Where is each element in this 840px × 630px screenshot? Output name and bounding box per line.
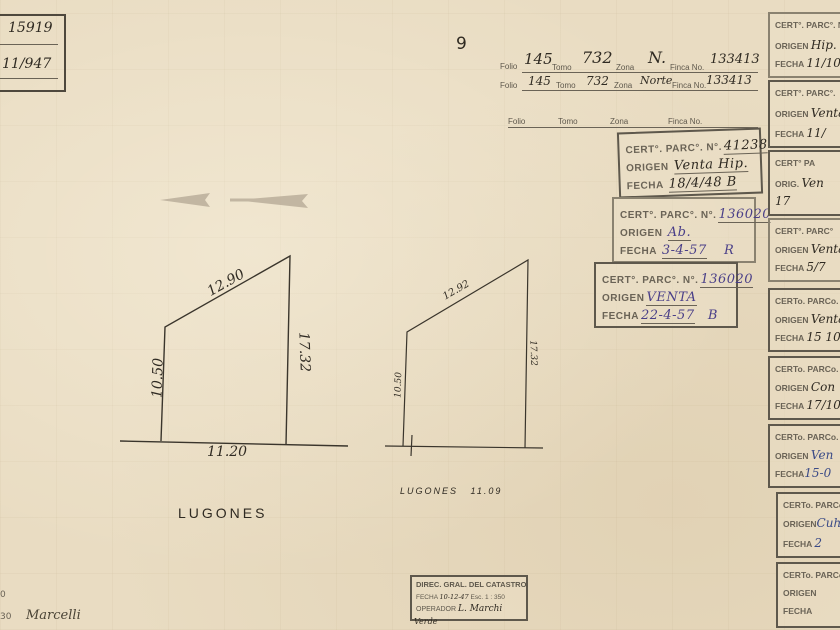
plot-left-street: LUGONES — [178, 505, 267, 521]
bottom-left-mark: 0 — [0, 590, 6, 600]
plot-drawings — [0, 0, 840, 630]
plot-right-right-dimension: 17.32 — [527, 340, 538, 366]
plot-right-frontage: 11.09 — [471, 486, 503, 496]
plot-left-bottom-dimension: 11.20 — [207, 444, 247, 460]
plot-right-street: LUGONES 11.09 — [400, 486, 502, 496]
plot-left-left-dimension: 10.50 — [149, 358, 166, 399]
north-arrow-icon — [160, 193, 308, 208]
plot-left-right-dimension: 17.32 — [295, 332, 312, 373]
plot-right-left-dimension: 10.50 — [393, 372, 404, 398]
bottom-left-mark-2: 30 — [0, 612, 11, 622]
signature: Marcelli — [26, 608, 81, 623]
catastro-stamp: DIREC. GRAL. DEL CATASTRO FECHA 10-12-47… — [410, 575, 528, 621]
catastro-note: Verde — [414, 617, 437, 626]
